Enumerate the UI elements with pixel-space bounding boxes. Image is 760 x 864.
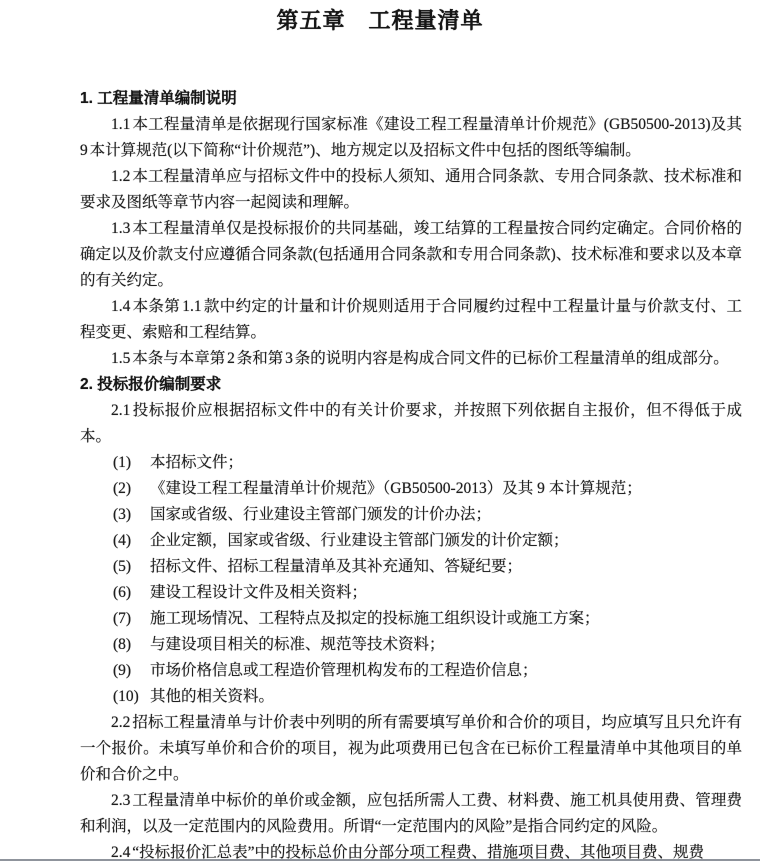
page-cutoff-divider <box>0 859 760 861</box>
section-1-heading: 1. 工程量清单编制说明 <box>80 86 742 112</box>
paragraph-2-1: 2.1 投标报价应根据招标文件中的有关计价要求，并按照下列依据自主报价，但不得低… <box>80 398 742 450</box>
list-item-text: 企业定额，国家或省级、行业建设主管部门颁发的计价定额； <box>150 532 569 549</box>
pricing-basis-list: (1)本招标文件； (2)《建设工程工程量清单计价规范》（GB50500-201… <box>80 450 742 710</box>
list-item-number: (2) <box>113 476 150 502</box>
list-item: (9)市场价格信息或工程造价管理机构发布的工程造价信息； <box>113 658 742 684</box>
list-item: (4)企业定额，国家或省级、行业建设主管部门颁发的计价定额； <box>113 528 742 554</box>
list-item: (10)其他的相关资料。 <box>113 684 742 710</box>
paragraph-1-5: 1.5 本条与本章第 2 条和第 3 条的说明内容是构成合同文件的已标价工程量清… <box>80 346 742 372</box>
list-item-number: (10) <box>113 684 150 710</box>
list-item-text: 国家或省级、行业建设主管部门颁发的计价办法； <box>150 506 491 523</box>
list-item-text: 施工现场情况、工程特点及拟定的投标施工组织设计或施工方案； <box>150 610 600 627</box>
list-item-number: (5) <box>113 554 150 580</box>
list-item-number: (4) <box>113 528 150 554</box>
list-item: (8)与建设项目相关的标准、规范等技术资料； <box>113 632 742 658</box>
list-item-number: (7) <box>113 606 150 632</box>
list-item: (2)《建设工程工程量清单计价规范》（GB50500-2013）及其 9 本计算… <box>113 476 742 502</box>
paragraph-2-2: 2.2 招标工程量清单与计价表中列明的所有需要填写单价和合价的项目，均应填写且只… <box>80 710 742 788</box>
paragraph-1-4: 1.4 本条第 1.1 款中约定的计量和计价规则适用于合同履约过程中工程量计量与… <box>80 294 742 346</box>
section-2-heading: 2. 投标报价编制要求 <box>80 372 742 398</box>
list-item-text: 市场价格信息或工程造价管理机构发布的工程造价信息； <box>150 662 538 679</box>
list-item-number: (1) <box>113 450 150 476</box>
list-item: (3)国家或省级、行业建设主管部门颁发的计价办法； <box>113 502 742 528</box>
list-item: (7)施工现场情况、工程特点及拟定的投标施工组织设计或施工方案； <box>113 606 742 632</box>
list-item-text: 建设工程设计文件及相关资料； <box>150 584 367 601</box>
paragraph-1-2: 1.2 本工程量清单应与招标文件中的投标人须知、通用合同条款、专用合同条款、技术… <box>80 164 742 216</box>
list-item-number: (8) <box>113 632 150 658</box>
list-item-text: 其他的相关资料。 <box>150 688 274 705</box>
paragraph-2-3: 2.3 工程量清单中标价的单价或金额，应包括所需人工费、材料费、施工机具使用费、… <box>80 788 742 840</box>
document-body: 1. 工程量清单编制说明 1.1 本工程量清单是依据现行国家标准《建设工程工程量… <box>80 86 742 864</box>
list-item-text: 招标文件、招标工程量清单及其补充通知、答疑纪要； <box>150 558 522 575</box>
page-title: 第五章 工程量清单 <box>0 4 760 35</box>
list-item-text: 《建设工程工程量清单计价规范》（GB50500-2013）及其 9 本计算规范； <box>150 480 642 497</box>
paragraph-1-1: 1.1 本工程量清单是依据现行国家标准《建设工程工程量清单计价规范》(GB505… <box>80 112 742 164</box>
paragraph-1-3: 1.3 本工程量清单仅是投标报价的共同基础，竣工结算的工程量按合同约定确定。合同… <box>80 216 742 294</box>
list-item: (1)本招标文件； <box>113 450 742 476</box>
list-item-number: (6) <box>113 580 150 606</box>
list-item-number: (9) <box>113 658 150 684</box>
list-item-text: 与建设项目相关的标准、规范等技术资料； <box>150 636 445 653</box>
list-item: (6)建设工程设计文件及相关资料； <box>113 580 742 606</box>
list-item-number: (3) <box>113 502 150 528</box>
list-item: (5)招标文件、招标工程量清单及其补充通知、答疑纪要； <box>113 554 742 580</box>
list-item-text: 本招标文件； <box>150 454 243 471</box>
